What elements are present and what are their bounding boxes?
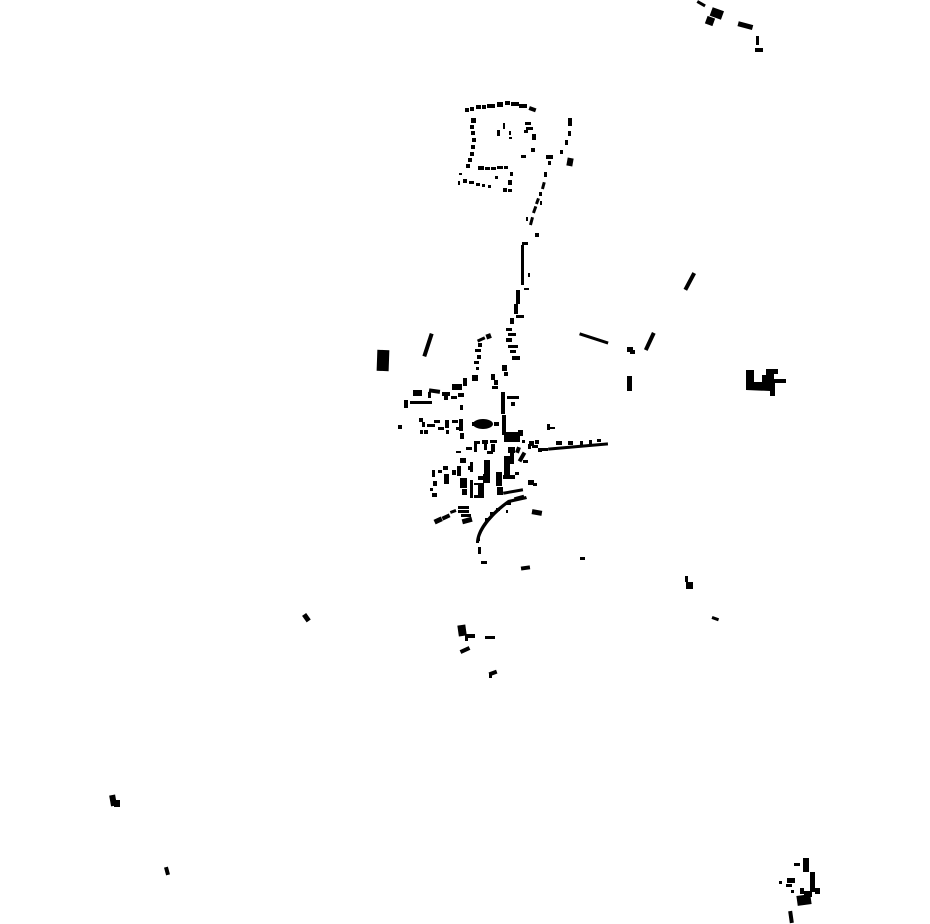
building-footprints bbox=[0, 0, 930, 924]
figure-ground-map bbox=[0, 0, 930, 924]
